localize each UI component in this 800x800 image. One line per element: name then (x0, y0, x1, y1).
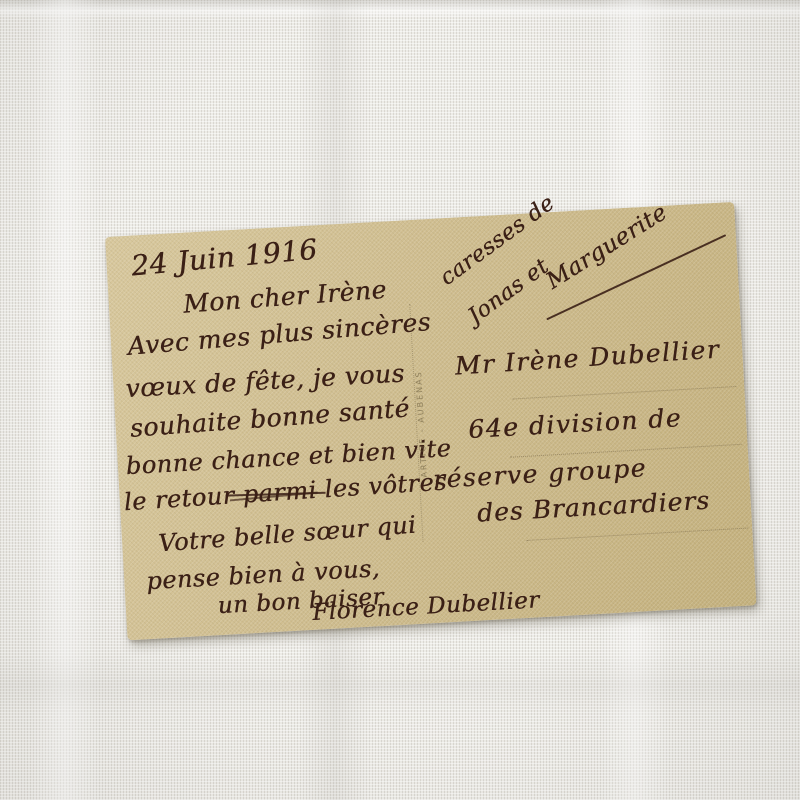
photo-scene: 24 Juin 1916 Mon cher Irène Avec mes plu… (0, 0, 800, 800)
closing-line: Votre belle sœur qui (157, 511, 417, 558)
message-line: souhaite bonne santé (129, 393, 411, 442)
address-line: 64e division de (468, 403, 683, 444)
address-line: Mr Irène Dubellier (454, 335, 721, 381)
postcard-date: 24 Juin 1916 (130, 233, 319, 283)
address-dotted-line (513, 386, 737, 400)
address-line: réserve groupe (432, 453, 647, 494)
corner-note-line: Marguerite (542, 199, 672, 294)
postcard: 24 Juin 1916 Mon cher Irène Avec mes plu… (105, 202, 757, 641)
message-line: Avec mes plus sincères (126, 307, 432, 361)
address-line: des Brancardiers (476, 486, 711, 528)
address-dotted-line (527, 528, 749, 541)
